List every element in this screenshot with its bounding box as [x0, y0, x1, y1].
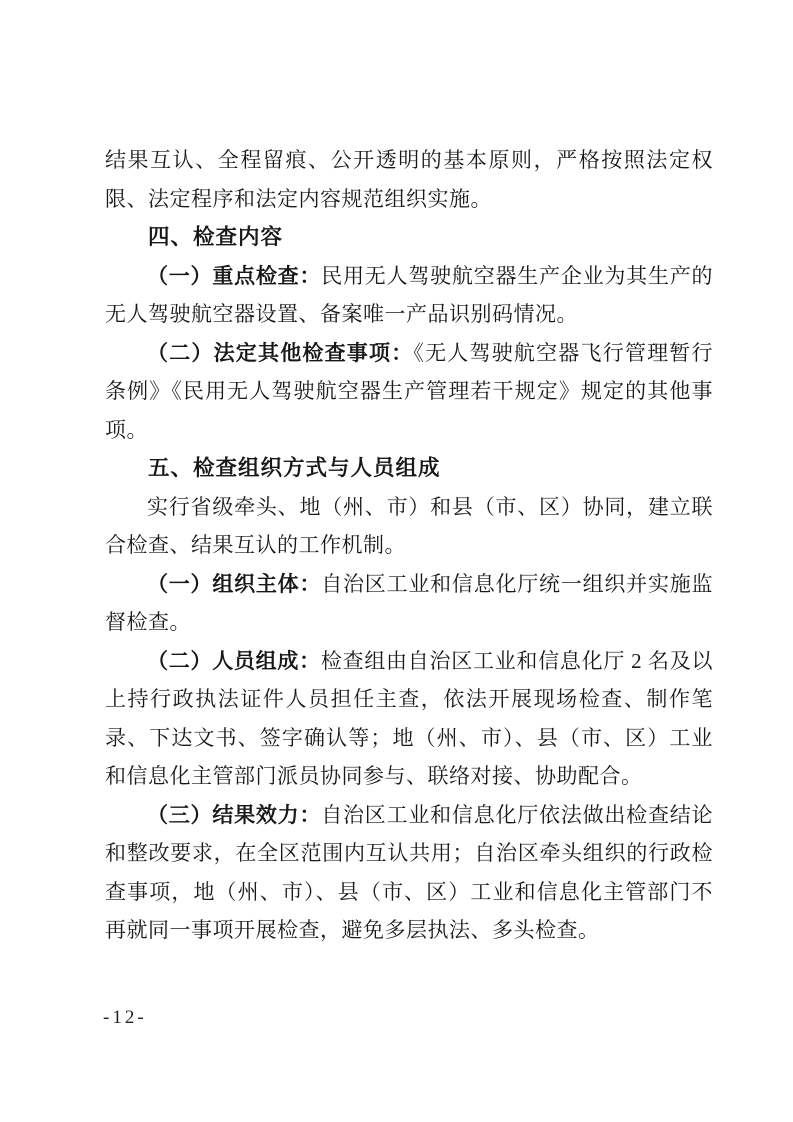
section-heading-5: 五、检查组织方式与人员组成 — [105, 449, 713, 488]
paragraph: （三）结果效力：自治区工业和信息化厅依法做出检查结论和整改要求，在全区范围内互认… — [105, 796, 713, 950]
document-page: 结果互认、全程留痕、公开透明的基本原则，严格按照法定权限、法定程序和法定内容规范… — [0, 0, 793, 1122]
page-body: 结果互认、全程留痕、公开透明的基本原则，严格按照法定权限、法定程序和法定内容规范… — [105, 141, 713, 950]
paragraph-lead: （一）组织主体： — [147, 572, 321, 596]
paragraph-lead: （一）重点检查： — [147, 264, 321, 288]
paragraph-text: 结果互认、全程留痕、公开透明的基本原则，严格按照法定权限、法定程序和法定内容规范… — [105, 148, 713, 211]
paragraph-lead: （二）人员组成： — [147, 649, 321, 673]
paragraph-lead: （三）结果效力： — [147, 803, 321, 827]
paragraph: （一）组织主体：自治区工业和信息化厅统一组织并实施监督检查。 — [105, 565, 713, 642]
page-number: -12- — [103, 1007, 147, 1029]
paragraph-lead: （二）法定其他检查事项： — [147, 341, 413, 365]
paragraph-text: 实行省级牵头、地（州、市）和县（市、区）协同，建立联合检查、结果互认的工作机制。 — [105, 495, 713, 558]
paragraph: （一）重点检查：民用无人驾驶航空器生产企业为其生产的无人驾驶航空器设置、备案唯一… — [105, 257, 713, 334]
paragraph: 实行省级牵头、地（州、市）和县（市、区）协同，建立联合检查、结果互认的工作机制。 — [105, 488, 713, 565]
paragraph: （二）人员组成：检查组由自治区工业和信息化厅 2 名及以上持行政执法证件人员担任… — [105, 642, 713, 796]
paragraph-continuation: 结果互认、全程留痕、公开透明的基本原则，严格按照法定权限、法定程序和法定内容规范… — [105, 141, 713, 218]
paragraph: （二）法定其他检查事项：《无人驾驶航空器飞行管理暂行条例》《民用无人驾驶航空器生… — [105, 334, 713, 450]
section-heading-4: 四、检查内容 — [105, 218, 713, 257]
